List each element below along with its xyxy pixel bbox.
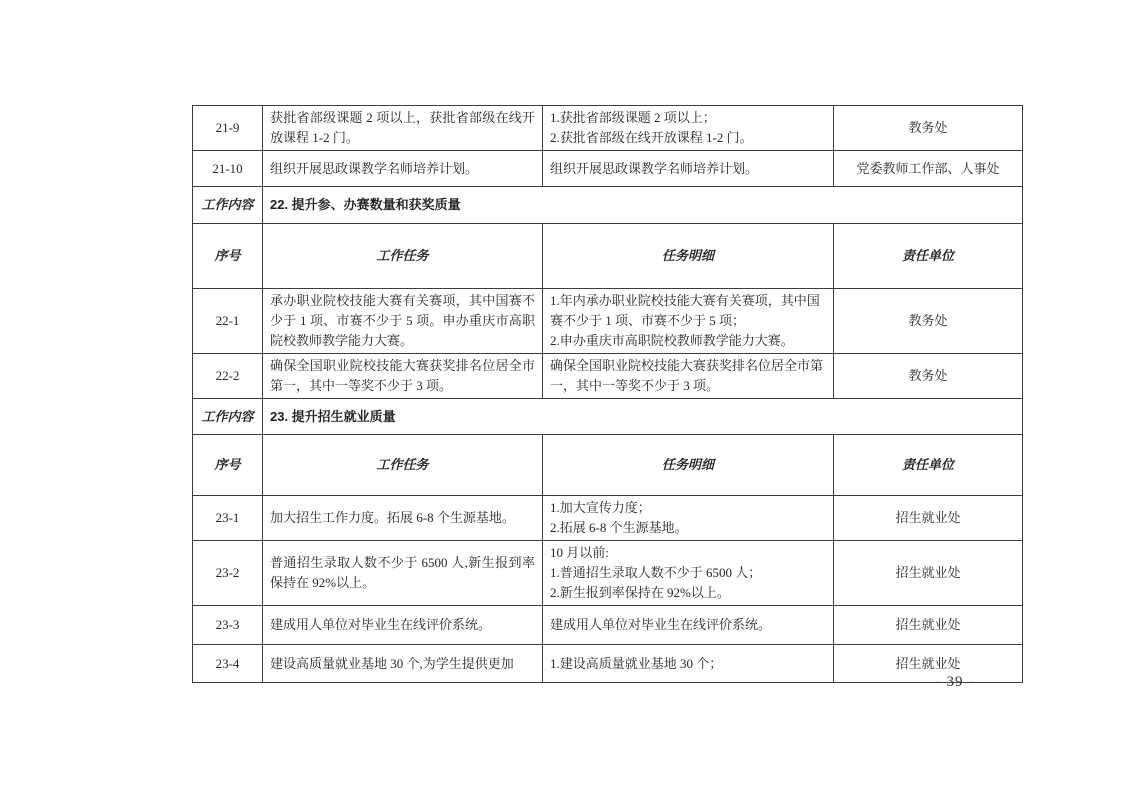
- row-sn: 21-9: [193, 106, 263, 151]
- row-detail: 1.年内承办职业院校技能大赛有关赛项，其中国赛不少于 1 项、市赛不少于 5 项…: [543, 289, 834, 354]
- section-header-row: 工作内容 22. 提升参、办赛数量和获奖质量: [193, 187, 1023, 224]
- column-header-row: 序号 工作任务 任务明细 责任单位: [193, 435, 1023, 496]
- section-title: 23. 提升招生就业质量: [263, 399, 1023, 435]
- row-detail: 1.获批省部级课题 2 项以上； 2.获批省部级在线开放课程 1-2 门。: [543, 106, 834, 151]
- table-row: 23-4 建设高质量就业基地 30 个,为学生提供更加 1.建设高质量就业基地 …: [193, 645, 1023, 683]
- row-task: 承办职业院校技能大赛有关赛项，其中国赛不少于 1 项、市赛不少于 5 项。申办重…: [263, 289, 543, 354]
- row-unit: 教务处: [834, 354, 1023, 399]
- row-task: 普通招生录取人数不少于 6500 人,新生报到率保持在 92%以上。: [263, 541, 543, 606]
- row-detail: 组织开展思政课教学名师培养计划。: [543, 151, 834, 187]
- row-unit: 招生就业处: [834, 496, 1023, 541]
- row-unit: 教务处: [834, 106, 1023, 151]
- row-task: 组织开展思政课教学名师培养计划。: [263, 151, 543, 187]
- document-page: 21-9 获批省部级课题 2 项以上，获批省部级在线开放课程 1-2 门。 1.…: [0, 0, 1122, 793]
- row-sn: 23-4: [193, 645, 263, 683]
- table-row: 23-2 普通招生录取人数不少于 6500 人,新生报到率保持在 92%以上。 …: [193, 541, 1023, 606]
- row-detail: 建成用人单位对毕业生在线评价系统。: [543, 606, 834, 645]
- row-task: 确保全国职业院校技能大赛获奖排名位居全市第一，其中一等奖不少于 3 项。: [263, 354, 543, 399]
- row-task: 加大招生工作力度。拓展 6-8 个生源基地。: [263, 496, 543, 541]
- table-row: 23-1 加大招生工作力度。拓展 6-8 个生源基地。 1.加大宣传力度； 2.…: [193, 496, 1023, 541]
- row-sn: 22-2: [193, 354, 263, 399]
- row-task: 建成用人单位对毕业生在线评价系统。: [263, 606, 543, 645]
- row-sn: 21-10: [193, 151, 263, 187]
- column-header-task: 工作任务: [263, 435, 543, 496]
- column-header-detail: 任务明细: [543, 224, 834, 289]
- row-sn: 22-1: [193, 289, 263, 354]
- row-unit: 招生就业处: [834, 541, 1023, 606]
- column-header-detail: 任务明细: [543, 435, 834, 496]
- section-label: 工作内容: [193, 399, 263, 435]
- column-header-sn: 序号: [193, 224, 263, 289]
- column-header-unit: 责任单位: [834, 224, 1023, 289]
- row-unit: 招生就业处: [834, 606, 1023, 645]
- row-detail: 1.建设高质量就业基地 30 个；: [543, 645, 834, 683]
- column-header-unit: 责任单位: [834, 435, 1023, 496]
- work-plan-table: 21-9 获批省部级课题 2 项以上，获批省部级在线开放课程 1-2 门。 1.…: [192, 105, 1023, 683]
- row-unit: 教务处: [834, 289, 1023, 354]
- row-unit: 党委教师工作部、人事处: [834, 151, 1023, 187]
- row-detail: 1.加大宣传力度； 2.拓展 6-8 个生源基地。: [543, 496, 834, 541]
- section-label: 工作内容: [193, 187, 263, 224]
- section-title: 22. 提升参、办赛数量和获奖质量: [263, 187, 1023, 224]
- column-header-sn: 序号: [193, 435, 263, 496]
- column-header-row: 序号 工作任务 任务明细 责任单位: [193, 224, 1023, 289]
- row-task: 获批省部级课题 2 项以上，获批省部级在线开放课程 1-2 门。: [263, 106, 543, 151]
- row-sn: 23-2: [193, 541, 263, 606]
- section-header-row: 工作内容 23. 提升招生就业质量: [193, 399, 1023, 435]
- row-sn: 23-1: [193, 496, 263, 541]
- row-sn: 23-3: [193, 606, 263, 645]
- table-row: 22-1 承办职业院校技能大赛有关赛项，其中国赛不少于 1 项、市赛不少于 5 …: [193, 289, 1023, 354]
- table-row: 21-9 获批省部级课题 2 项以上，获批省部级在线开放课程 1-2 门。 1.…: [193, 106, 1023, 151]
- table-row: 21-10 组织开展思政课教学名师培养计划。 组织开展思政课教学名师培养计划。 …: [193, 151, 1023, 187]
- row-detail: 10 月以前: 1.普通招生录取人数不少于 6500 人； 2.新生报到率保持在…: [543, 541, 834, 606]
- table-row: 22-2 确保全国职业院校技能大赛获奖排名位居全市第一，其中一等奖不少于 3 项…: [193, 354, 1023, 399]
- table-row: 23-3 建成用人单位对毕业生在线评价系统。 建成用人单位对毕业生在线评价系统。…: [193, 606, 1023, 645]
- row-task: 建设高质量就业基地 30 个,为学生提供更加: [263, 645, 543, 683]
- page-number: - 39 -: [905, 674, 1005, 691]
- row-detail: 确保全国职业院校技能大赛获奖排名位居全市第一，其中一等奖不少于 3 项。: [543, 354, 834, 399]
- column-header-task: 工作任务: [263, 224, 543, 289]
